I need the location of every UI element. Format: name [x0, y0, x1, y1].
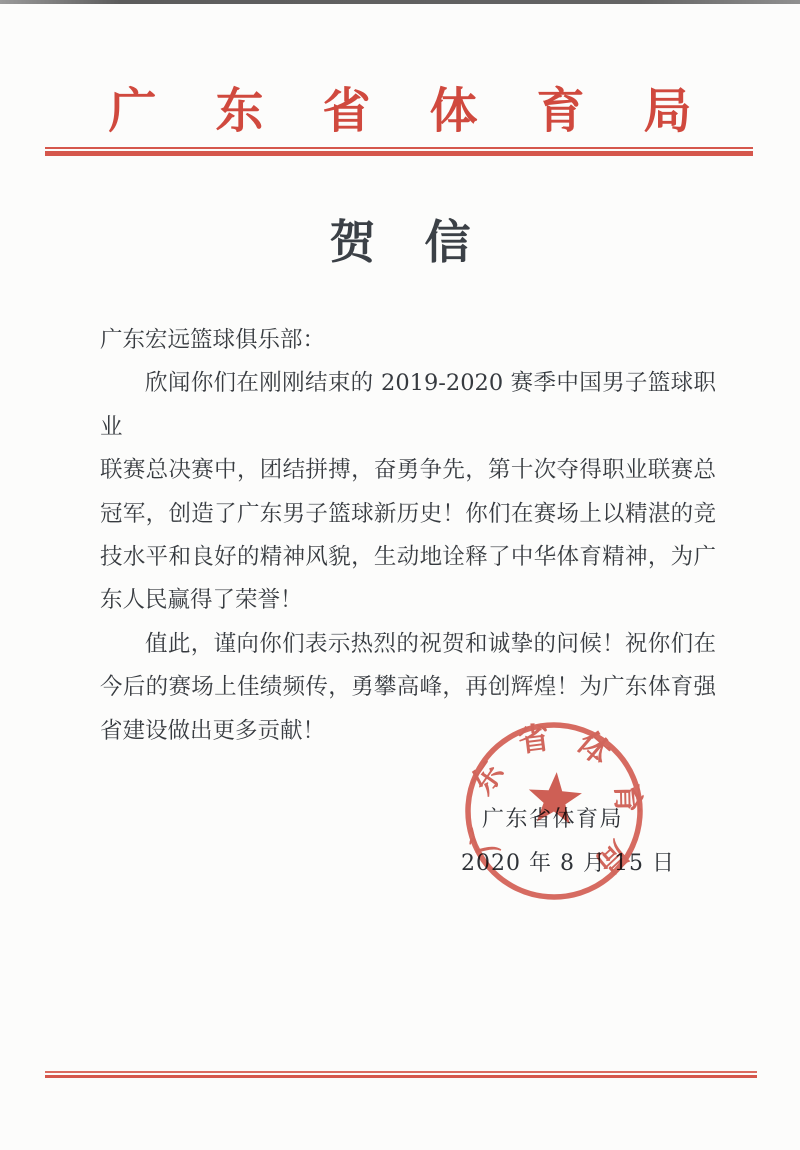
document-title: 贺信: [0, 206, 800, 272]
letter-page: 广东省体育局 贺信 广东宏远篮球俱乐部： 欣闻你们在刚刚结束的 2019-202…: [0, 0, 800, 1150]
salutation: 广东宏远篮球俱乐部：: [100, 319, 716, 362]
body-line-2: 联赛总决赛中，团结拼搏，奋勇争先，第十次夺得职业联赛总: [100, 449, 716, 492]
footer-rule: [45, 1071, 757, 1078]
footer-rule-thick-line: [45, 1075, 757, 1078]
seal-star-icon: [527, 770, 584, 824]
scan-edge: [0, 0, 800, 4]
letter-body: 广东宏远篮球俱乐部： 欣闻你们在刚刚结束的 2019-2020 赛季中国男子篮球…: [100, 319, 716, 753]
official-seal: 广东省体育局: [459, 716, 649, 906]
body-line-3: 冠军，创造了广东男子篮球新历史！你们在赛场上以精湛的竞: [100, 493, 716, 536]
body-line-6: 值此，谨向你们表示热烈的祝贺和诚挚的问候！祝你们在: [100, 623, 716, 666]
body-line-4: 技水平和良好的精神风貌，生动地诠释了中华体育精神，为广: [100, 536, 716, 579]
body-line-1: 欣闻你们在刚刚结束的 2019-2020 赛季中国男子篮球职业: [100, 362, 716, 449]
body-line-7: 今后的赛场上佳绩频传，勇攀高峰，再创辉煌！为广东体育强: [100, 666, 716, 709]
body-line-5: 东人民赢得了荣誉！: [100, 579, 716, 622]
letterhead-org-name: 广东省体育局: [0, 84, 800, 139]
letterhead-rule: [45, 147, 753, 156]
letterhead-rule-thick-line: [45, 151, 753, 156]
